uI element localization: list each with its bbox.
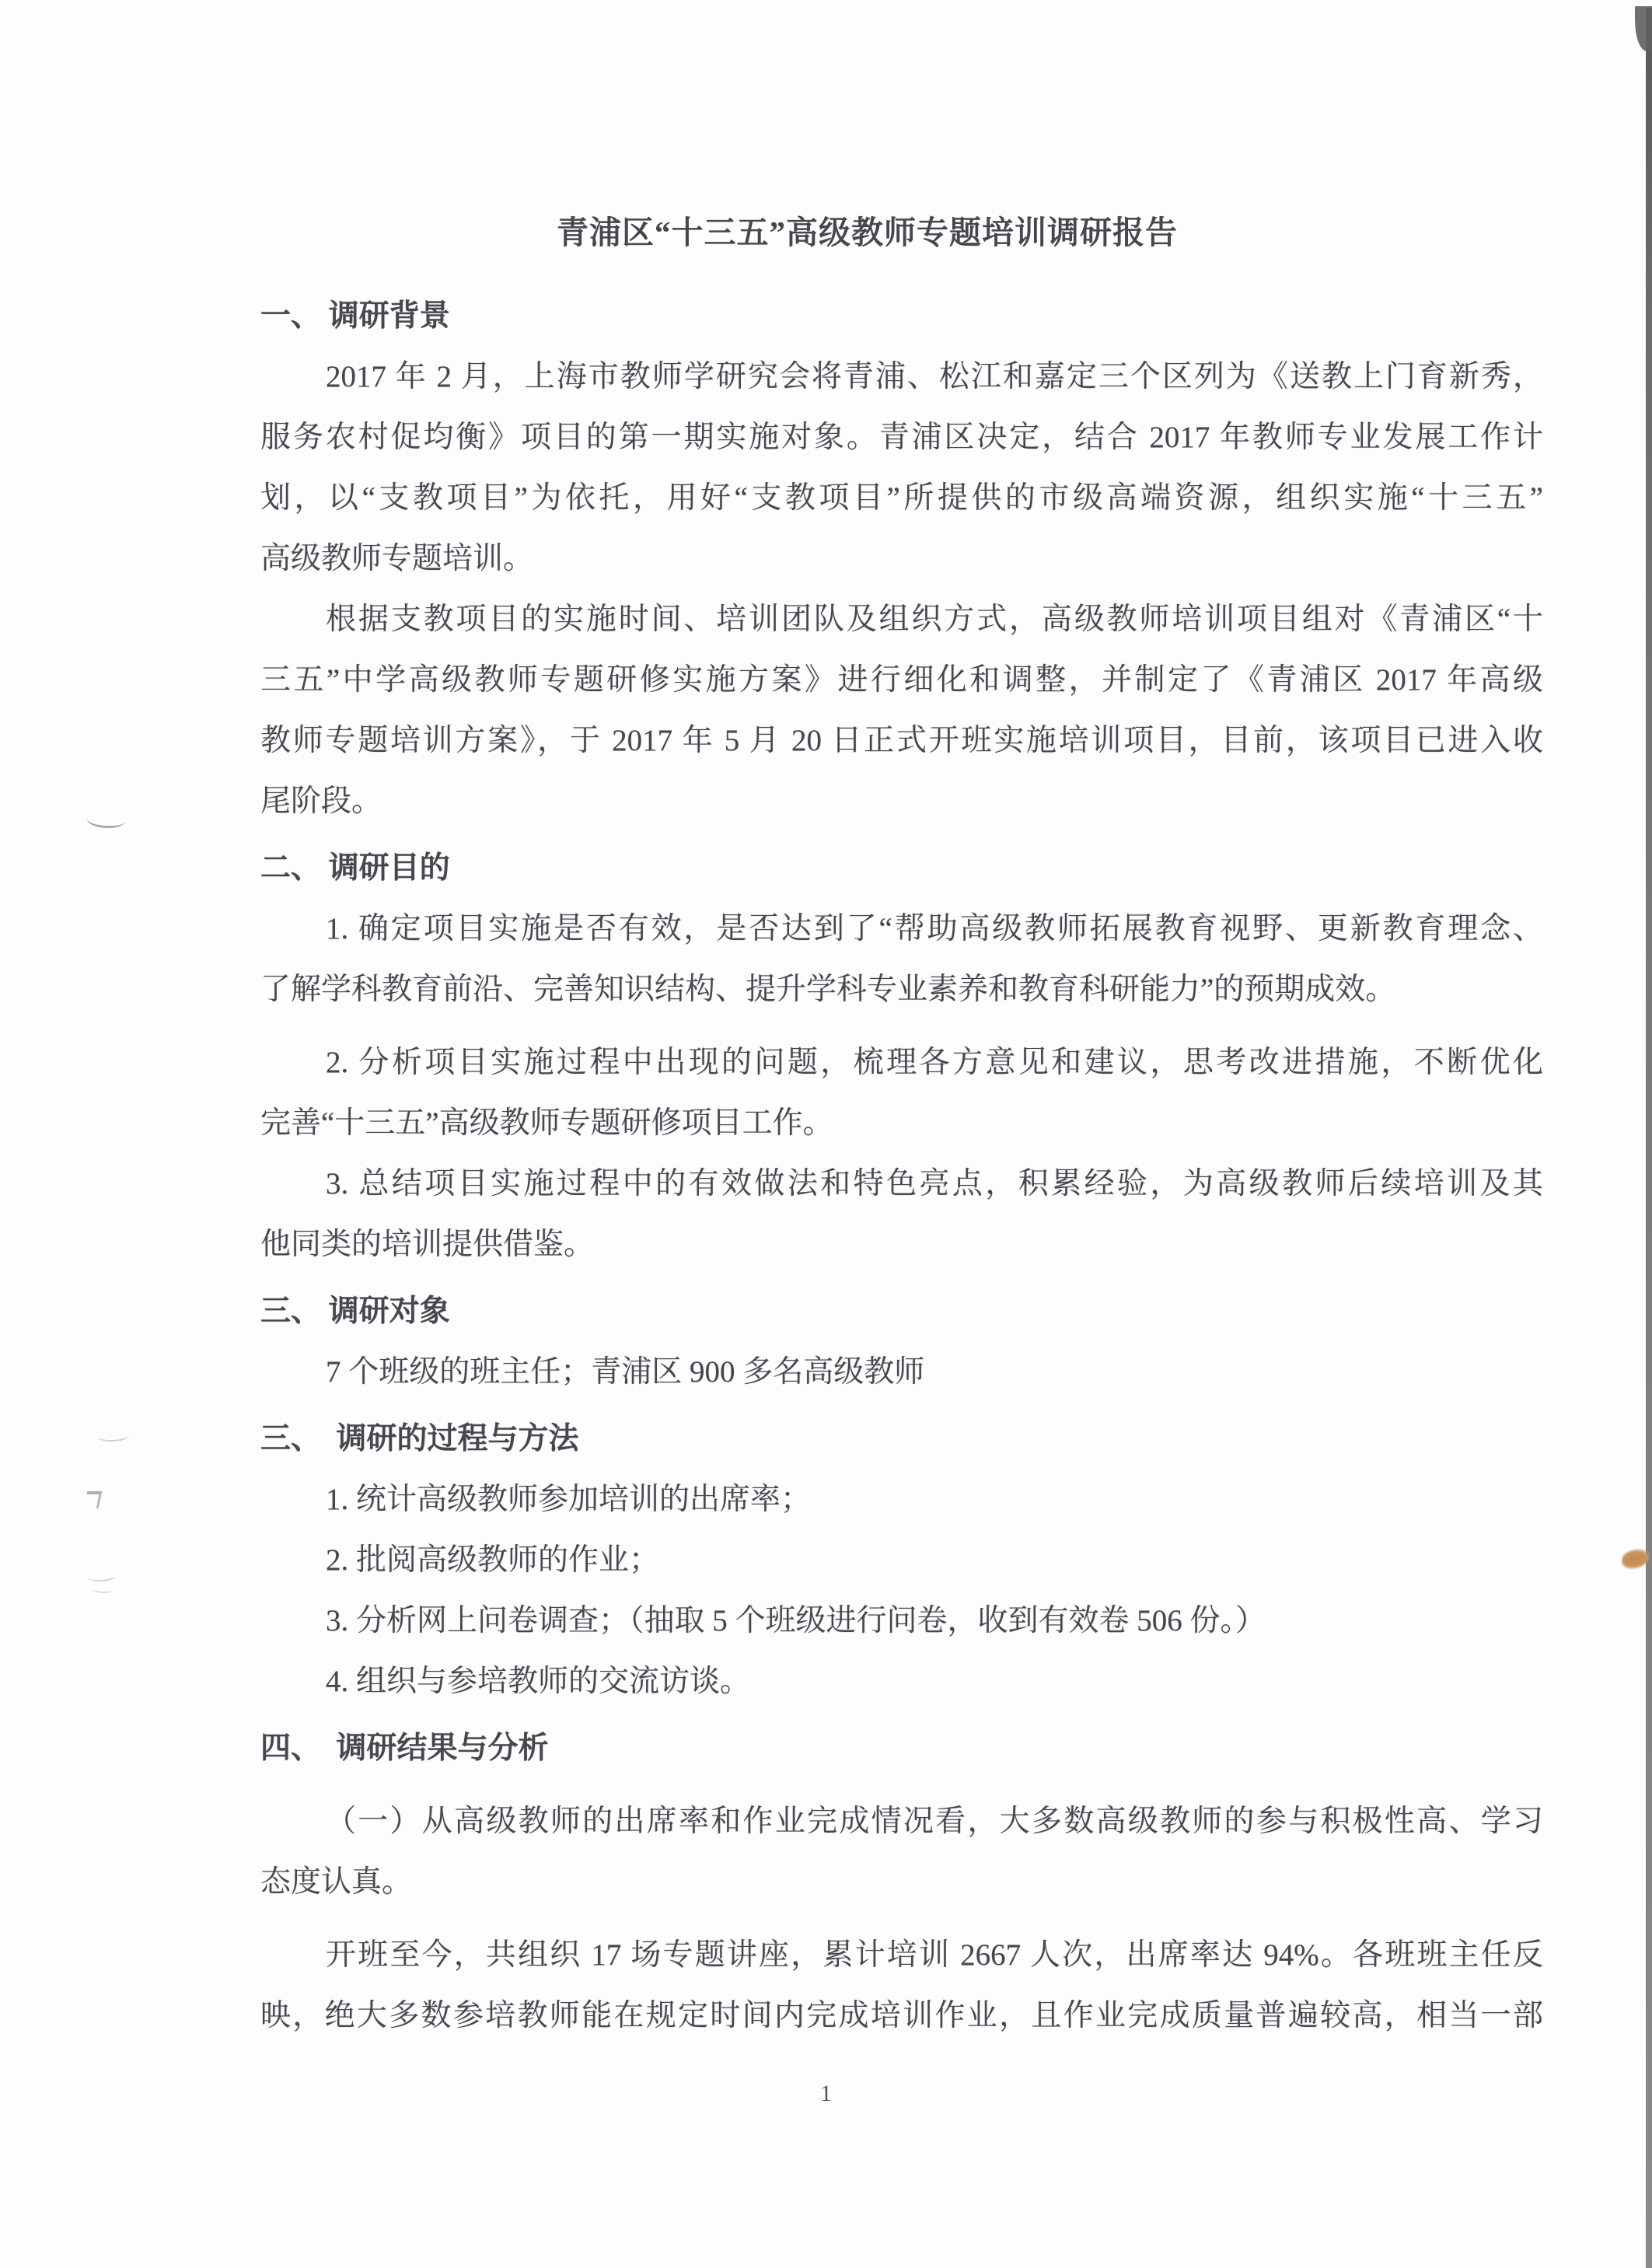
text-line: 7 个班级的班主任；青浦区 900 多名高级教师 — [260, 1342, 1543, 1403]
text-line: 1. 统计高级教师参加培训的出席率； — [260, 1469, 1543, 1530]
scan-smudge-mark — [86, 812, 124, 829]
scan-smudge-mark — [98, 1430, 130, 1442]
text-line: 3. 分析网上问卷调查；（抽取 5 个班级进行问卷，收到有效卷 506 份。） — [260, 1591, 1543, 1651]
scanned-document-page: 青浦区“十三五”高级教师专题培训调研报告 一、 调研背景2017 年 2 月，上… — [0, 0, 1652, 2268]
section-heading: 一、 调研背景 — [260, 286, 1543, 347]
text-line: 根据支教项目的实施时间、培训团队及组织方式，高级教师培训项目组对《青浦区“十 — [260, 589, 1543, 650]
scan-smudge-mark — [88, 1571, 115, 1582]
text-line: 2017 年 2 月，上海市教师学研究会将青浦、松江和嘉定三个区列为《送教上门育… — [260, 347, 1543, 407]
text-line: 尾阶段。 — [260, 771, 1543, 832]
text-line: 教师专题培训方案》，于 2017 年 5 月 20 日正式开班实施培训项目，目前… — [260, 711, 1543, 771]
scan-edge-corner-shadow — [1635, 6, 1652, 51]
document-title: 青浦区“十三五”高级教师专题培训调研报告 — [191, 201, 1543, 264]
scan-smudge-mark — [92, 1584, 114, 1594]
text-line: 2. 分析项目实施过程中出现的问题，梳理各方意见和建议，思考改进措施，不断优化 — [260, 1033, 1543, 1093]
text-line: 他同类的培训提供借鉴。 — [260, 1214, 1543, 1275]
document-body: 青浦区“十三五”高级教师专题培训调研报告 一、 调研背景2017 年 2 月，上… — [260, 201, 1543, 2046]
section-heading: 四、 调研结果与分析 — [260, 1718, 1543, 1779]
text-line: 划，以“支教项目”为依托，用好“支教项目”所提供的市级高端资源，组织实施“十三五… — [260, 468, 1543, 529]
text-line: 1. 确定项目实施是否有效，是否达到了“帮助高级教师拓展教育视野、更新教育理念、 — [260, 899, 1543, 959]
text-line: 三五”中学高级教师专题研修实施方案》进行细化和调整，并制定了《青浦区 2017 … — [260, 650, 1543, 711]
text-line: 完善“十三五”高级教师专题研修项目工作。 — [260, 1093, 1543, 1154]
section-heading: 二、 调研目的 — [260, 838, 1543, 899]
text-line: （一）从高级教师的出席率和作业完成情况看，大多数高级教师的参与积极性高、学习 — [260, 1791, 1543, 1852]
page-number: 1 — [0, 2081, 1652, 2107]
section-heading: 三、 调研对象 — [260, 1281, 1543, 1342]
scan-edge-shadow — [1646, 8, 1652, 2268]
text-line: 态度认真。 — [260, 1852, 1543, 1913]
text-line: 2. 批阅高级教师的作业； — [260, 1530, 1543, 1591]
text-line: 映，绝大多数参培教师能在规定时间内完成培训作业，且作业完成质量普遍较高，相当一部 — [260, 1986, 1543, 2046]
text-line: 了解学科教育前沿、完善知识结构、提升学科专业素养和教育科研能力”的预期成效。 — [260, 959, 1543, 1020]
text-line: 3. 总结项目实施过程中的有效做法和特色亮点，积累经验，为高级教师后续培训及其 — [260, 1154, 1543, 1214]
section-heading: 三、 调研的过程与方法 — [260, 1409, 1543, 1469]
text-line: 服务农村促均衡》项目的第一期实施对象。青浦区决定，结合 2017 年教师专业发展… — [260, 407, 1543, 468]
text-line: 开班至今，共组织 17 场专题讲座，累计培训 2667 人次，出席率达 94%。… — [260, 1925, 1543, 1986]
text-line: 高级教师专题培训。 — [260, 529, 1543, 589]
text-line: 4. 组织与参培教师的交流访谈。 — [260, 1651, 1543, 1712]
scan-smudge-mark — [84, 1491, 103, 1508]
